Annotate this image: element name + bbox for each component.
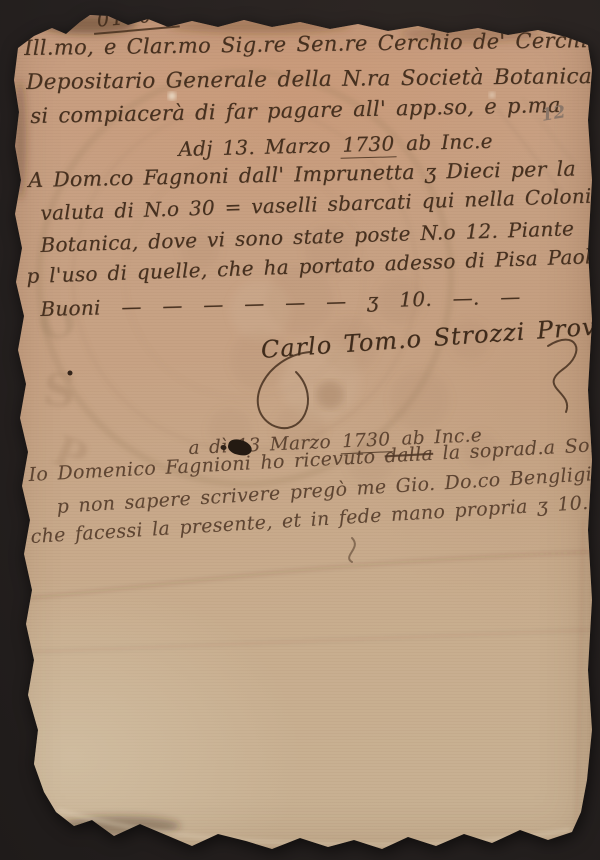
receipt-tail-flourish [349,538,355,562]
salutation-line-2: Depositario Generale della N.ra Società … [26,64,592,95]
order-date-suffix: ab Inc.e [396,129,493,156]
stamp-letter: S [41,364,78,418]
salutation-line-3: si compiacerà di far pagare all' app.so,… [30,93,561,128]
order-date-prefix: Adj 13. Marzo [178,133,341,161]
archival-number: 0100 [92,2,180,34]
signature: Carlo Tom.o Strozzi Prov.re [260,310,600,364]
pencil-folio-number: 12 [540,102,567,126]
ink-flourishes [0,0,600,860]
manuscript-page: O S P [0,0,600,860]
order-date-line: Adj 13. Marzo 1730 ab Inc.e [178,129,493,161]
amount-line: Buoni — — — — — — ʒ 10. —. — [40,284,521,321]
paper-sheet: O S P [0,0,600,860]
crossed-out-word: dalla [384,443,434,468]
order-date-year: 1730 [340,131,397,158]
signature-paraph [548,340,576,412]
paper-texture-overlay: O S P [0,0,600,860]
